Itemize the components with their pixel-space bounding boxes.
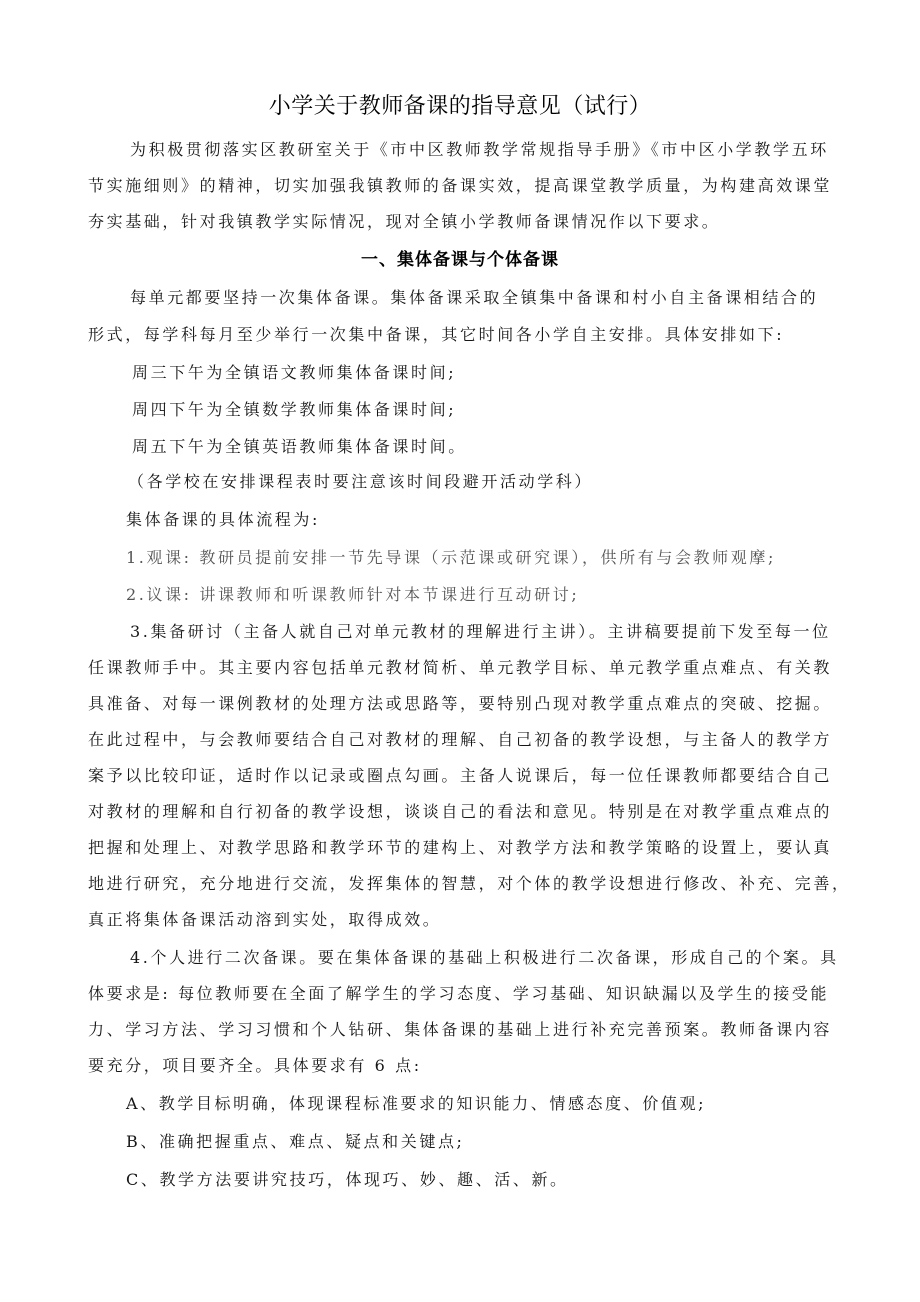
text-line: 3.集备研讨（主备人就自己对单元教材的理解进行主讲）。主讲稿要提前下发至每一位 bbox=[130, 620, 882, 644]
text-line: 为积极贯彻落实区教研室关于《市中区教师教学常规指导手册》《市中区小学教学五环 bbox=[130, 138, 882, 162]
text-line: 具准备、对每一课例教材的处理方法或思路等，要特别凸现对教学重点难点的突破、挖掘。 bbox=[88, 692, 840, 716]
text-line: 在此过程中，与会教师要结合自己对教材的理解、自己初备的教学设想，与主备人的教学方 bbox=[88, 728, 840, 752]
text-line: 力、学习方法、学习习惯和个人钻研、集体备课的基础上进行补充完善预案。教师备课内容 bbox=[88, 1018, 840, 1042]
schedule-item: 周五下午为全镇英语教师集体备课时间。 bbox=[132, 435, 884, 459]
text-line: 夯实基础，针对我镇教学实际情况，现对全镇小学教师备课情况作以下要求。 bbox=[88, 210, 840, 234]
text-line: 地进行研究，充分地进行交流，发挥集体的智慧，对个体的教学设想进行修改、补充、完善… bbox=[88, 872, 840, 896]
process-step-1: 1.观课: 教研员提前安排一节先导课（示范课或研究课），供所有与会教师观摩; bbox=[126, 546, 878, 570]
requirement-item: B、准确把握重点、难点、疑点和关键点; bbox=[126, 1130, 878, 1154]
text-line: 体要求是: 每位教师要在全面了解学生的学习态度、学习基础、知识缺漏以及学生的接受… bbox=[88, 982, 840, 1006]
section-heading: 一、集体备课与个体备课 bbox=[0, 248, 920, 272]
schedule-note: （各学校在安排课程表时要注意该时间段避开活动学科） bbox=[128, 470, 880, 494]
process-step-2: 2.议课: 讲课教师和听课教师针对本节课进行互动研讨; bbox=[126, 583, 878, 607]
process-intro: 集体备课的具体流程为: bbox=[126, 508, 878, 532]
text-line: 4.个人进行二次备课。要在集体备课的基础上积极进行二次备课，形成自己的个案。具 bbox=[130, 946, 882, 970]
text-line: 真正将集体备课活动溶到实处，取得成效。 bbox=[88, 908, 840, 932]
text-line: 案予以比较印证，适时作以记录或圈点勾画。主备人说课后，每一位任课教师都要结合自己 bbox=[88, 764, 840, 788]
requirement-item: A、教学目标明确，体现课程标准要求的知识能力、情感态度、价值观; bbox=[126, 1092, 878, 1116]
text-line: 把握和处理上、对教学思路和教学环节的建构上、对教学方法和教学策略的设置上，要认真 bbox=[88, 836, 840, 860]
requirement-item: C、教学方法要讲究技巧，体现巧、妙、趣、活、新。 bbox=[126, 1168, 878, 1192]
text-line: 节实施细则》的精神，切实加强我镇教师的备课实效，提高课堂教学质量，为构建高效课堂 bbox=[88, 174, 840, 198]
text-line: 形式，每学科每月至少举行一次集中备课，其它时间各小学自主安排。具体安排如下: bbox=[88, 323, 840, 347]
text-line: 要充分，项目要齐全。具体要求有 6 点: bbox=[88, 1054, 840, 1078]
text-line: 任课教师手中。其主要内容包括单元教材简析、单元教学目标、单元教学重点难点、有关教 bbox=[88, 656, 840, 680]
schedule-item: 周四下午为全镇数学教师集体备课时间; bbox=[132, 398, 884, 422]
schedule-item: 周三下午为全镇语文教师集体备课时间; bbox=[132, 361, 884, 385]
text-line: 对教材的理解和自行初备的教学设想，谈谈自己的看法和意见。特别是在对教学重点难点的 bbox=[88, 800, 840, 824]
document-title: 小学关于教师备课的指导意见（试行） bbox=[0, 92, 920, 122]
document-page: 小学关于教师备课的指导意见（试行） 为积极贯彻落实区教研室关于《市中区教师教学常… bbox=[0, 0, 920, 1302]
text-line: 每单元都要坚持一次集体备课。集体备课采取全镇集中备课和村小自主备课相结合的 bbox=[130, 286, 882, 310]
